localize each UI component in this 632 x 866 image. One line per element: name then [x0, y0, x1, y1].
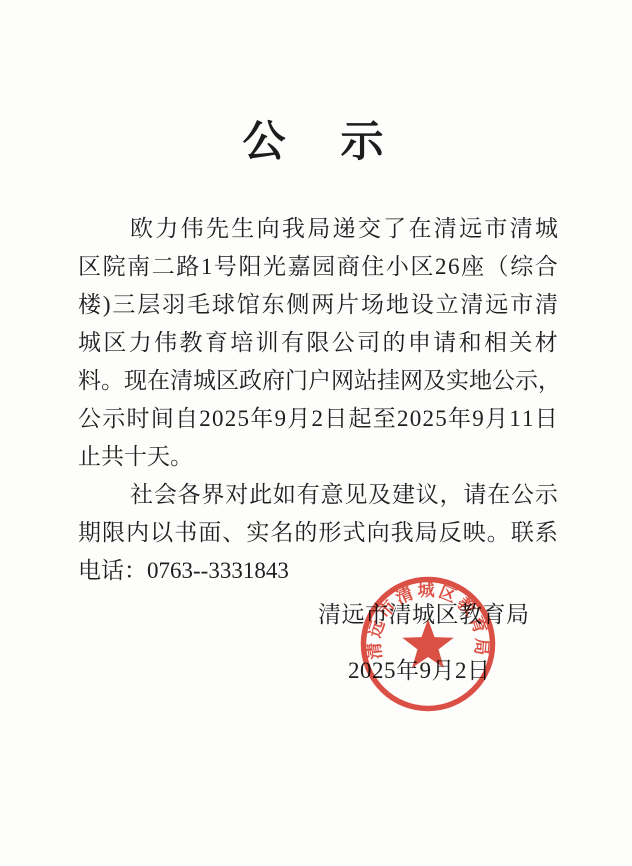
- official-seal: 清远市清城区教育局: [358, 574, 498, 714]
- notice-body-line: 料。现在清城区政府门户网站挂网及实地公示，: [78, 362, 558, 400]
- notice-body-line: 欧力伟先生向我局递交了在清远市清城: [78, 210, 558, 248]
- notice-body-line: 区院南二路1号阳光嘉园商住小区26座（综合: [78, 248, 558, 286]
- notice-body-line: 止共十天。: [78, 438, 558, 476]
- issuer-name: 清远市清城区教育局: [318, 600, 530, 630]
- contact-phone-line: 电话：0763--3331843: [78, 552, 558, 590]
- notice-document: 公 示 欧力伟先生向我局递交了在清远市清城 区院南二路1号阳光嘉园商住小区26座…: [0, 0, 632, 866]
- issue-date: 2025年9月2日: [348, 656, 491, 686]
- notice-body-line: 楼)三层羽毛球馆东侧两片场地设立清远市清: [78, 286, 558, 324]
- notice-body-line: 城区力伟教育培训有限公司的申请和相关材: [78, 324, 558, 362]
- notice-body-line: 社会各界对此如有意见及建议，请在公示: [78, 476, 558, 514]
- notice-body-line: 公示时间自2025年9月2日起至2025年9月11日: [78, 400, 558, 438]
- seal-ring: [364, 580, 493, 709]
- notice-body: 欧力伟先生向我局递交了在清远市清城 区院南二路1号阳光嘉园商住小区26座（综合 …: [78, 210, 558, 590]
- notice-title: 公 示: [0, 108, 632, 169]
- notice-body-line: 期限内以书面、实名的形式向我局反映。联系: [78, 514, 558, 552]
